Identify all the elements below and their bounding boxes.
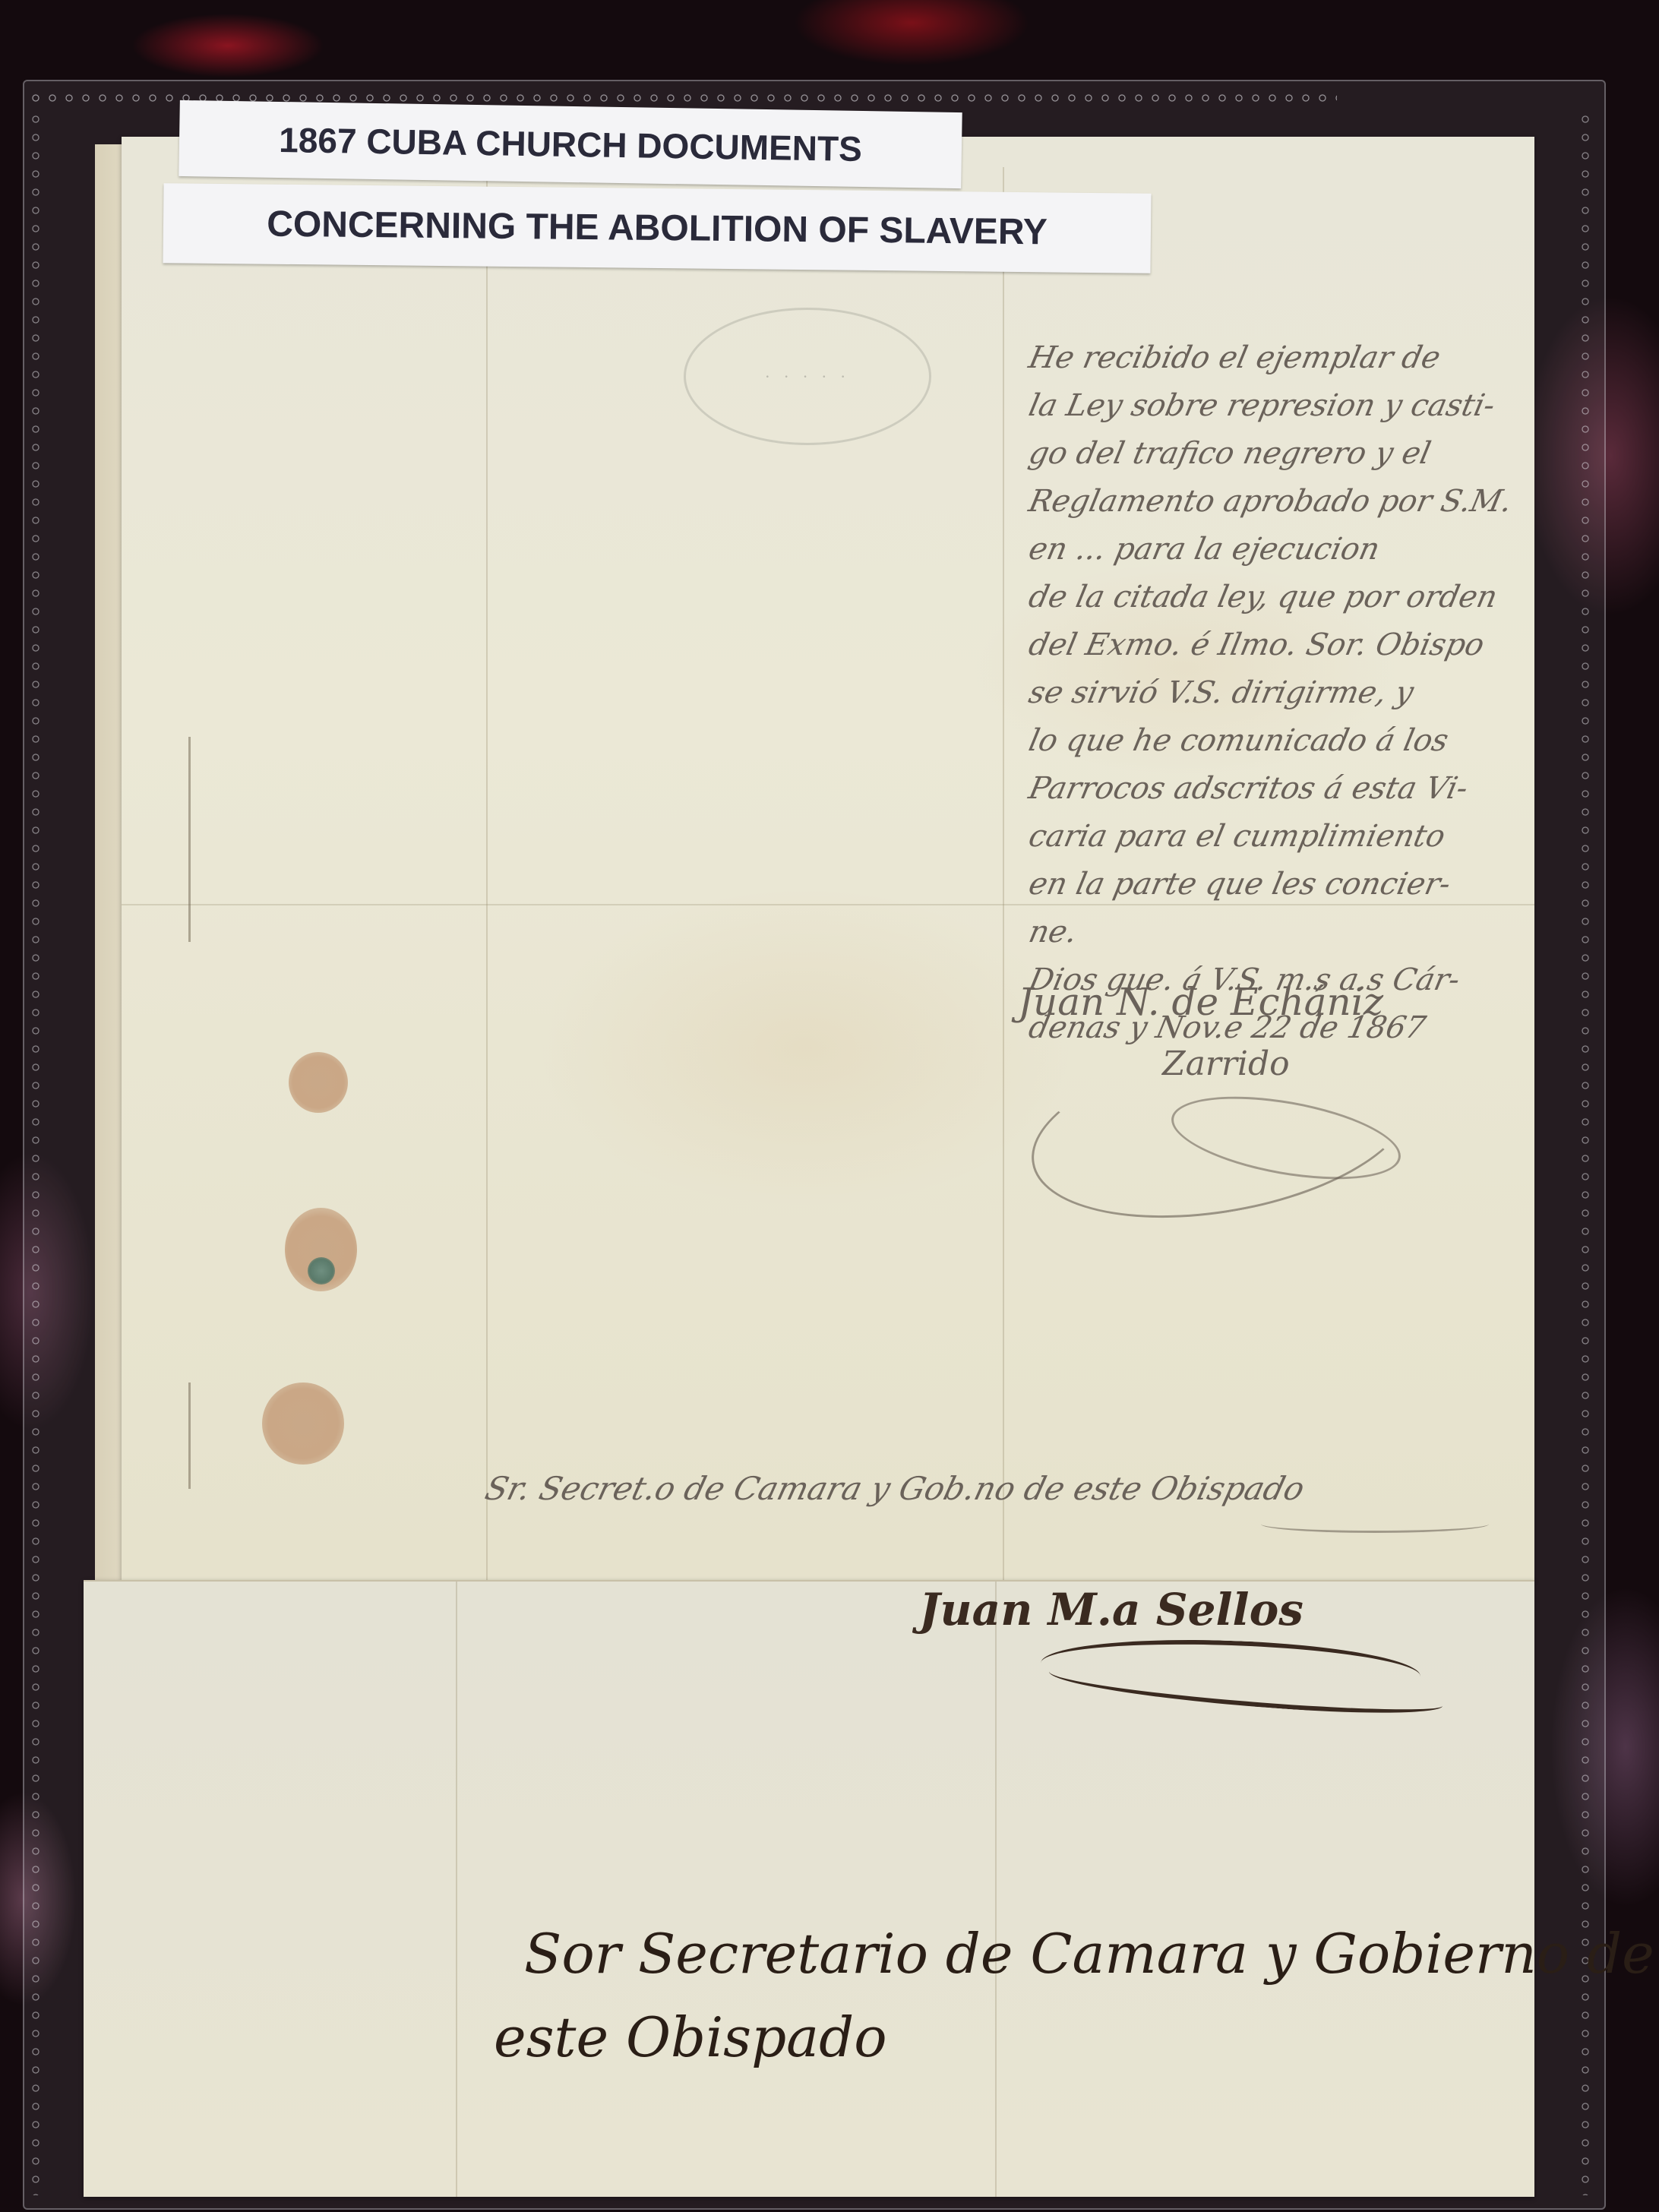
mold-spot [308,1257,335,1285]
letter-line: en la parte que les concier- [1024,861,1520,908]
foxing-stain [289,1052,348,1113]
fold-line [456,1582,457,2197]
letter-line: He recibido el ejemplar de [1024,334,1520,382]
photo-background: { "labels": { "title_line_1": "1867 CUBA… [0,0,1659,2212]
fold-line [486,167,488,1580]
title-label-2-text: CONCERNING THE ABOLITION OF SLAVERY [267,204,1048,254]
letter-line: caria para el cumplimiento [1024,813,1520,861]
fold-line [1003,167,1004,1580]
sleeve-perforation-right [1580,114,1591,2195]
fold-line [995,1582,997,2197]
letter-line: Parrocos adscritos á esta Vi- [1024,765,1520,813]
addressee-lower-line-2: este Obispado [494,2005,887,2069]
letter-line: Reglamento aprobado por S.M. [1024,478,1520,526]
signature-sellos: Juan M.a Sellos [919,1584,1303,1635]
foxing-stain [262,1382,344,1465]
title-label-1-text: 1867 CUBA CHURCH DOCUMENTS [279,119,862,169]
letter-line: la Ley sobre represion y casti- [1024,382,1520,430]
letter-line: en ... para la ejecucion [1024,526,1520,574]
letter-line: ne. [1024,908,1520,956]
binding-thread [188,737,191,942]
addressee-flourish [1261,1515,1489,1533]
signature-echaniz: Juan N. de Echániz [1018,980,1383,1024]
binding-thread [188,1382,191,1489]
letter-line: go del trafico negrero y el [1024,430,1520,478]
title-label-1: 1867 CUBA CHURCH DOCUMENTS [179,100,962,188]
letter-line: del Exmo. é Ilmo. Sor. Obispo [1024,621,1520,669]
letter-body: He recibido el ejemplar de la Ley sobre … [1029,334,1515,1052]
letter-line: de la citada ley, que por orden [1024,574,1520,621]
letter-line: lo que he comunicado á los [1024,717,1520,765]
addressee-upper: Sr. Secret.o de Camara y Gob.no de este … [482,1470,1309,1507]
seal-text: · · · · · [765,367,851,387]
letter-line: se sirvió V.S. dirigirme, y [1024,669,1520,717]
addressee-lower-line-1: Sor Secretario de Camara y Gobierno de [524,1922,1654,1986]
embossed-seal: · · · · · [684,308,931,445]
title-label-2: CONCERNING THE ABOLITION OF SLAVERY [163,183,1151,273]
sleeve-perforation-left [30,114,41,2195]
